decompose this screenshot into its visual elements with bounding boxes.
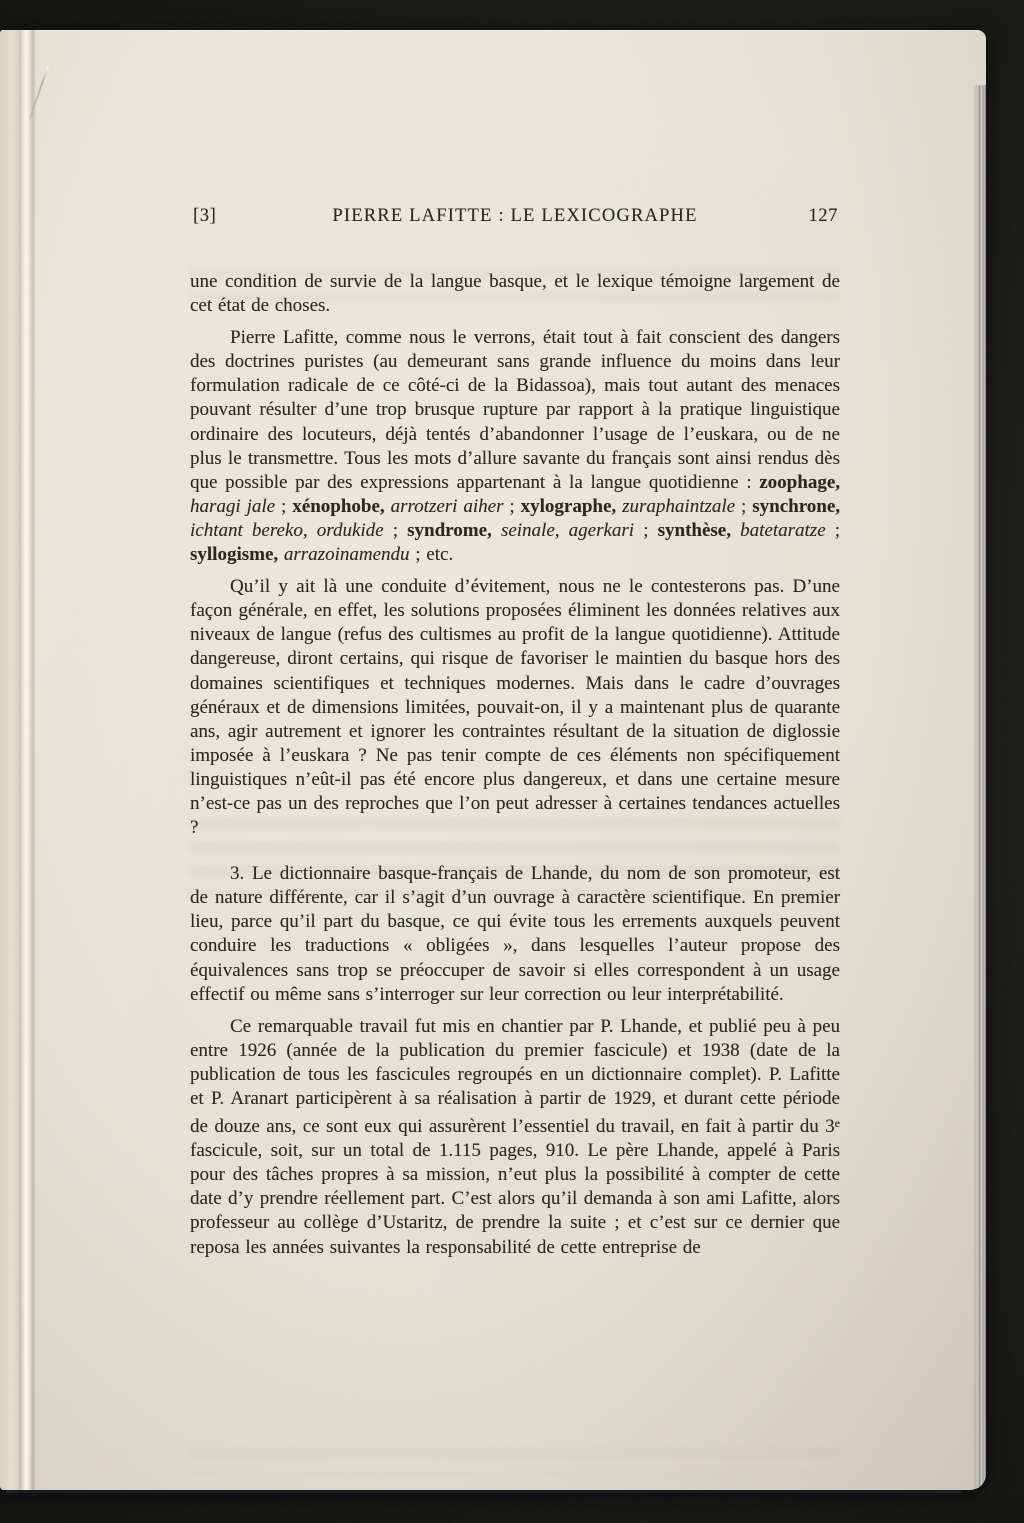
binding-crease [19, 30, 36, 1490]
paragraph: Qu’il y ait là une conduite d’évitement,… [190, 575, 840, 840]
text-run: zuraphaintzale [622, 496, 735, 517]
photo-background: [3] PIERRE LAFITTE : LE LEXICOGRAPHE 127… [0, 0, 1024, 1523]
text-run: arrotzeri aiher [391, 496, 504, 517]
page-content: [3] PIERRE LAFITTE : LE LEXICOGRAPHE 127… [190, 206, 840, 1260]
text-run: Qu’il y ait là une conduite d’évitement,… [190, 576, 840, 838]
text-run: arrazoinamendu [284, 544, 410, 565]
book-page: [3] PIERRE LAFITTE : LE LEXICOGRAPHE 127… [0, 30, 986, 1490]
text-run: 3. Le dictionnaire basque-français de Lh… [190, 863, 840, 1004]
text-run: Ce remarquable travail fut mis en chanti… [190, 1016, 840, 1137]
reverse-text-showthrough [190, 1448, 840, 1474]
text-run [731, 520, 740, 541]
text-run: xylographe, [521, 496, 617, 517]
text-run: zoophage, [759, 472, 840, 493]
paragraph: Ce remarquable travail fut mis en chanti… [190, 1015, 840, 1260]
paragraph: une condition de survie de la langue bas… [190, 270, 840, 318]
text-run: ; etc. [410, 544, 454, 565]
text-run: ; [826, 520, 840, 541]
previous-page-edge [0, 30, 19, 1490]
text-run: xénophobe, [292, 496, 384, 517]
text-run: ; [735, 496, 752, 517]
text-run: batetaratze [740, 520, 826, 541]
text-run: haragi jale [190, 496, 275, 517]
text-run: fascicule, soit, sur un total de 1.115 p… [190, 1140, 840, 1257]
text-run: synchrone, [752, 496, 840, 517]
text-run: ; [504, 496, 521, 517]
page-body: une condition de survie de la langue bas… [190, 270, 840, 1260]
text-run: e [835, 1116, 840, 1130]
text-run: ; [275, 496, 292, 517]
page-edge-stack [973, 85, 986, 1490]
header-title: PIERRE LAFITTE : LE LEXICOGRAPHE [190, 206, 840, 227]
text-run: ichtant bereko, ordukide [190, 520, 384, 541]
text-run: une condition de survie de la langue bas… [190, 271, 840, 316]
text-run: Pierre Lafitte, comme nous le verrons, é… [190, 327, 840, 493]
header-page-number: 127 [808, 206, 838, 227]
paragraph: 3. Le dictionnaire basque-français de Lh… [190, 862, 840, 1007]
text-run: seinale, agerkari [501, 520, 634, 541]
text-run: ; [634, 520, 658, 541]
page-header: [3] PIERRE LAFITTE : LE LEXICOGRAPHE 127 [190, 206, 840, 230]
text-run: syndrome, [407, 520, 492, 541]
paragraph: Pierre Lafitte, comme nous le verrons, é… [190, 326, 840, 567]
text-run [492, 520, 501, 541]
text-run: syllogisme, [190, 544, 278, 565]
text-run: synthèse, [658, 520, 731, 541]
text-run: ; [384, 520, 408, 541]
